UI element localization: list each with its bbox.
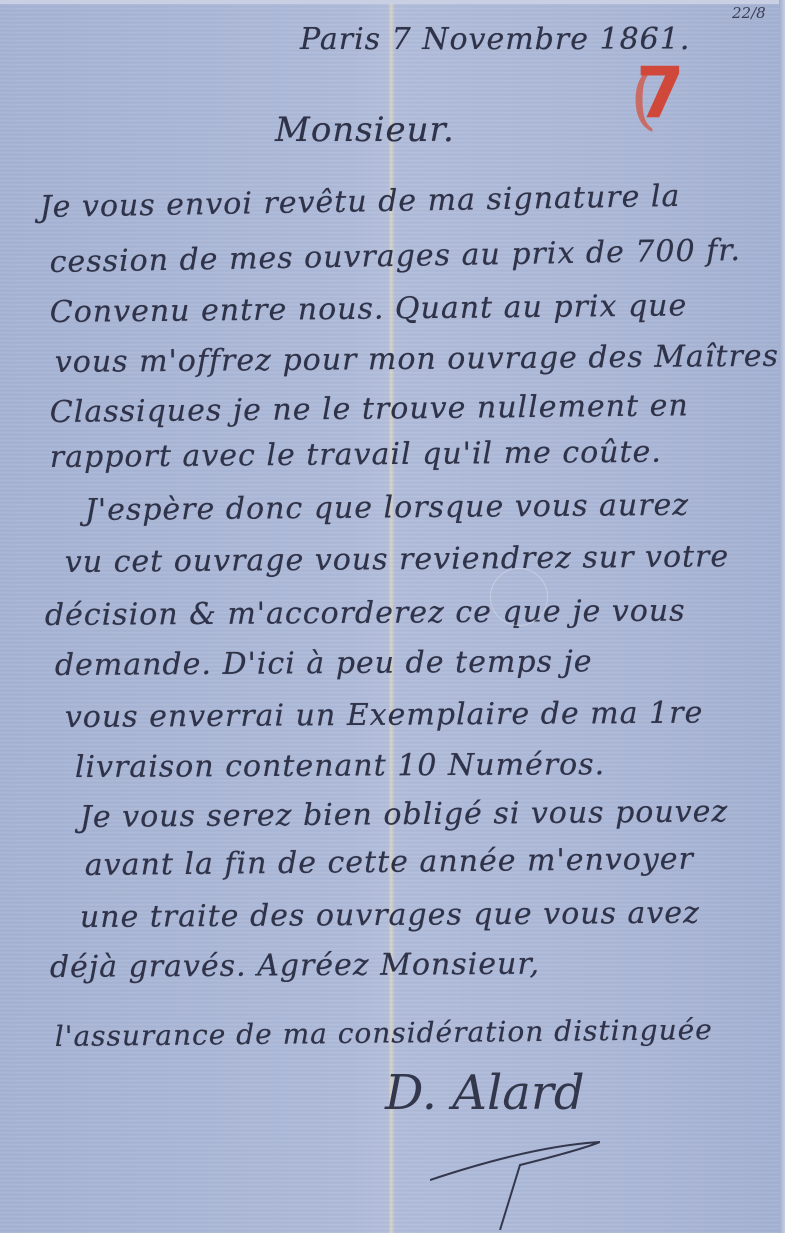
reference-number: 22/8 [732, 4, 766, 22]
place-date: Paris 7 Novembre 1861. [300, 22, 690, 57]
body-line: Classiques je ne le trouve nullement en [50, 388, 689, 430]
body-line: Convenu entre nous. Quant au prix que [50, 288, 688, 330]
signature: D. Alard [385, 1065, 585, 1121]
closing-line: l'assurance de ma considération distingu… [55, 1013, 713, 1053]
closing-line: déjà gravés. Agréez Monsieur, [50, 947, 540, 985]
body-line: rapport avec le travail qu'il me coûte. [50, 435, 662, 475]
body-line: Je vous serez bien obligé si vous pouvez [80, 794, 729, 835]
signature-flourish [430, 1140, 600, 1230]
paper-right-edge [779, 0, 785, 1233]
body-line: livraison contenant 10 Numéros. [75, 747, 605, 785]
letter-page: 22/8 ( 7 Paris 7 Novembre 1861. Monsieur… [0, 0, 785, 1233]
body-line: vu cet ouvrage vous reviendrez sur votre [65, 539, 730, 580]
body-line: cession de mes ouvrages au prix de 700 f… [49, 233, 741, 280]
body-line: demande. D'ici à peu de temps je [55, 644, 593, 683]
body-line: vous m'offrez pour mon ouvrage des Maîtr… [55, 339, 779, 380]
body-line: J'espère donc que lorsque vous aurez [85, 488, 690, 528]
body-line: vous enverrai un Exemplaire de ma 1re [65, 696, 704, 735]
archive-mark: 7 [636, 52, 685, 134]
paper-top-edge [0, 0, 785, 4]
body-line: décision & m'accorderez ce que je vous [45, 594, 686, 633]
salutation: Monsieur. [275, 110, 455, 150]
body-line: avant la fin de cette année m'envoyer [85, 842, 694, 883]
blind-stamp [490, 568, 548, 626]
body-line: une traite des ouvrages que vous avez [80, 896, 700, 935]
body-line: Je vous envoi revêtu de ma signature la [39, 179, 680, 225]
